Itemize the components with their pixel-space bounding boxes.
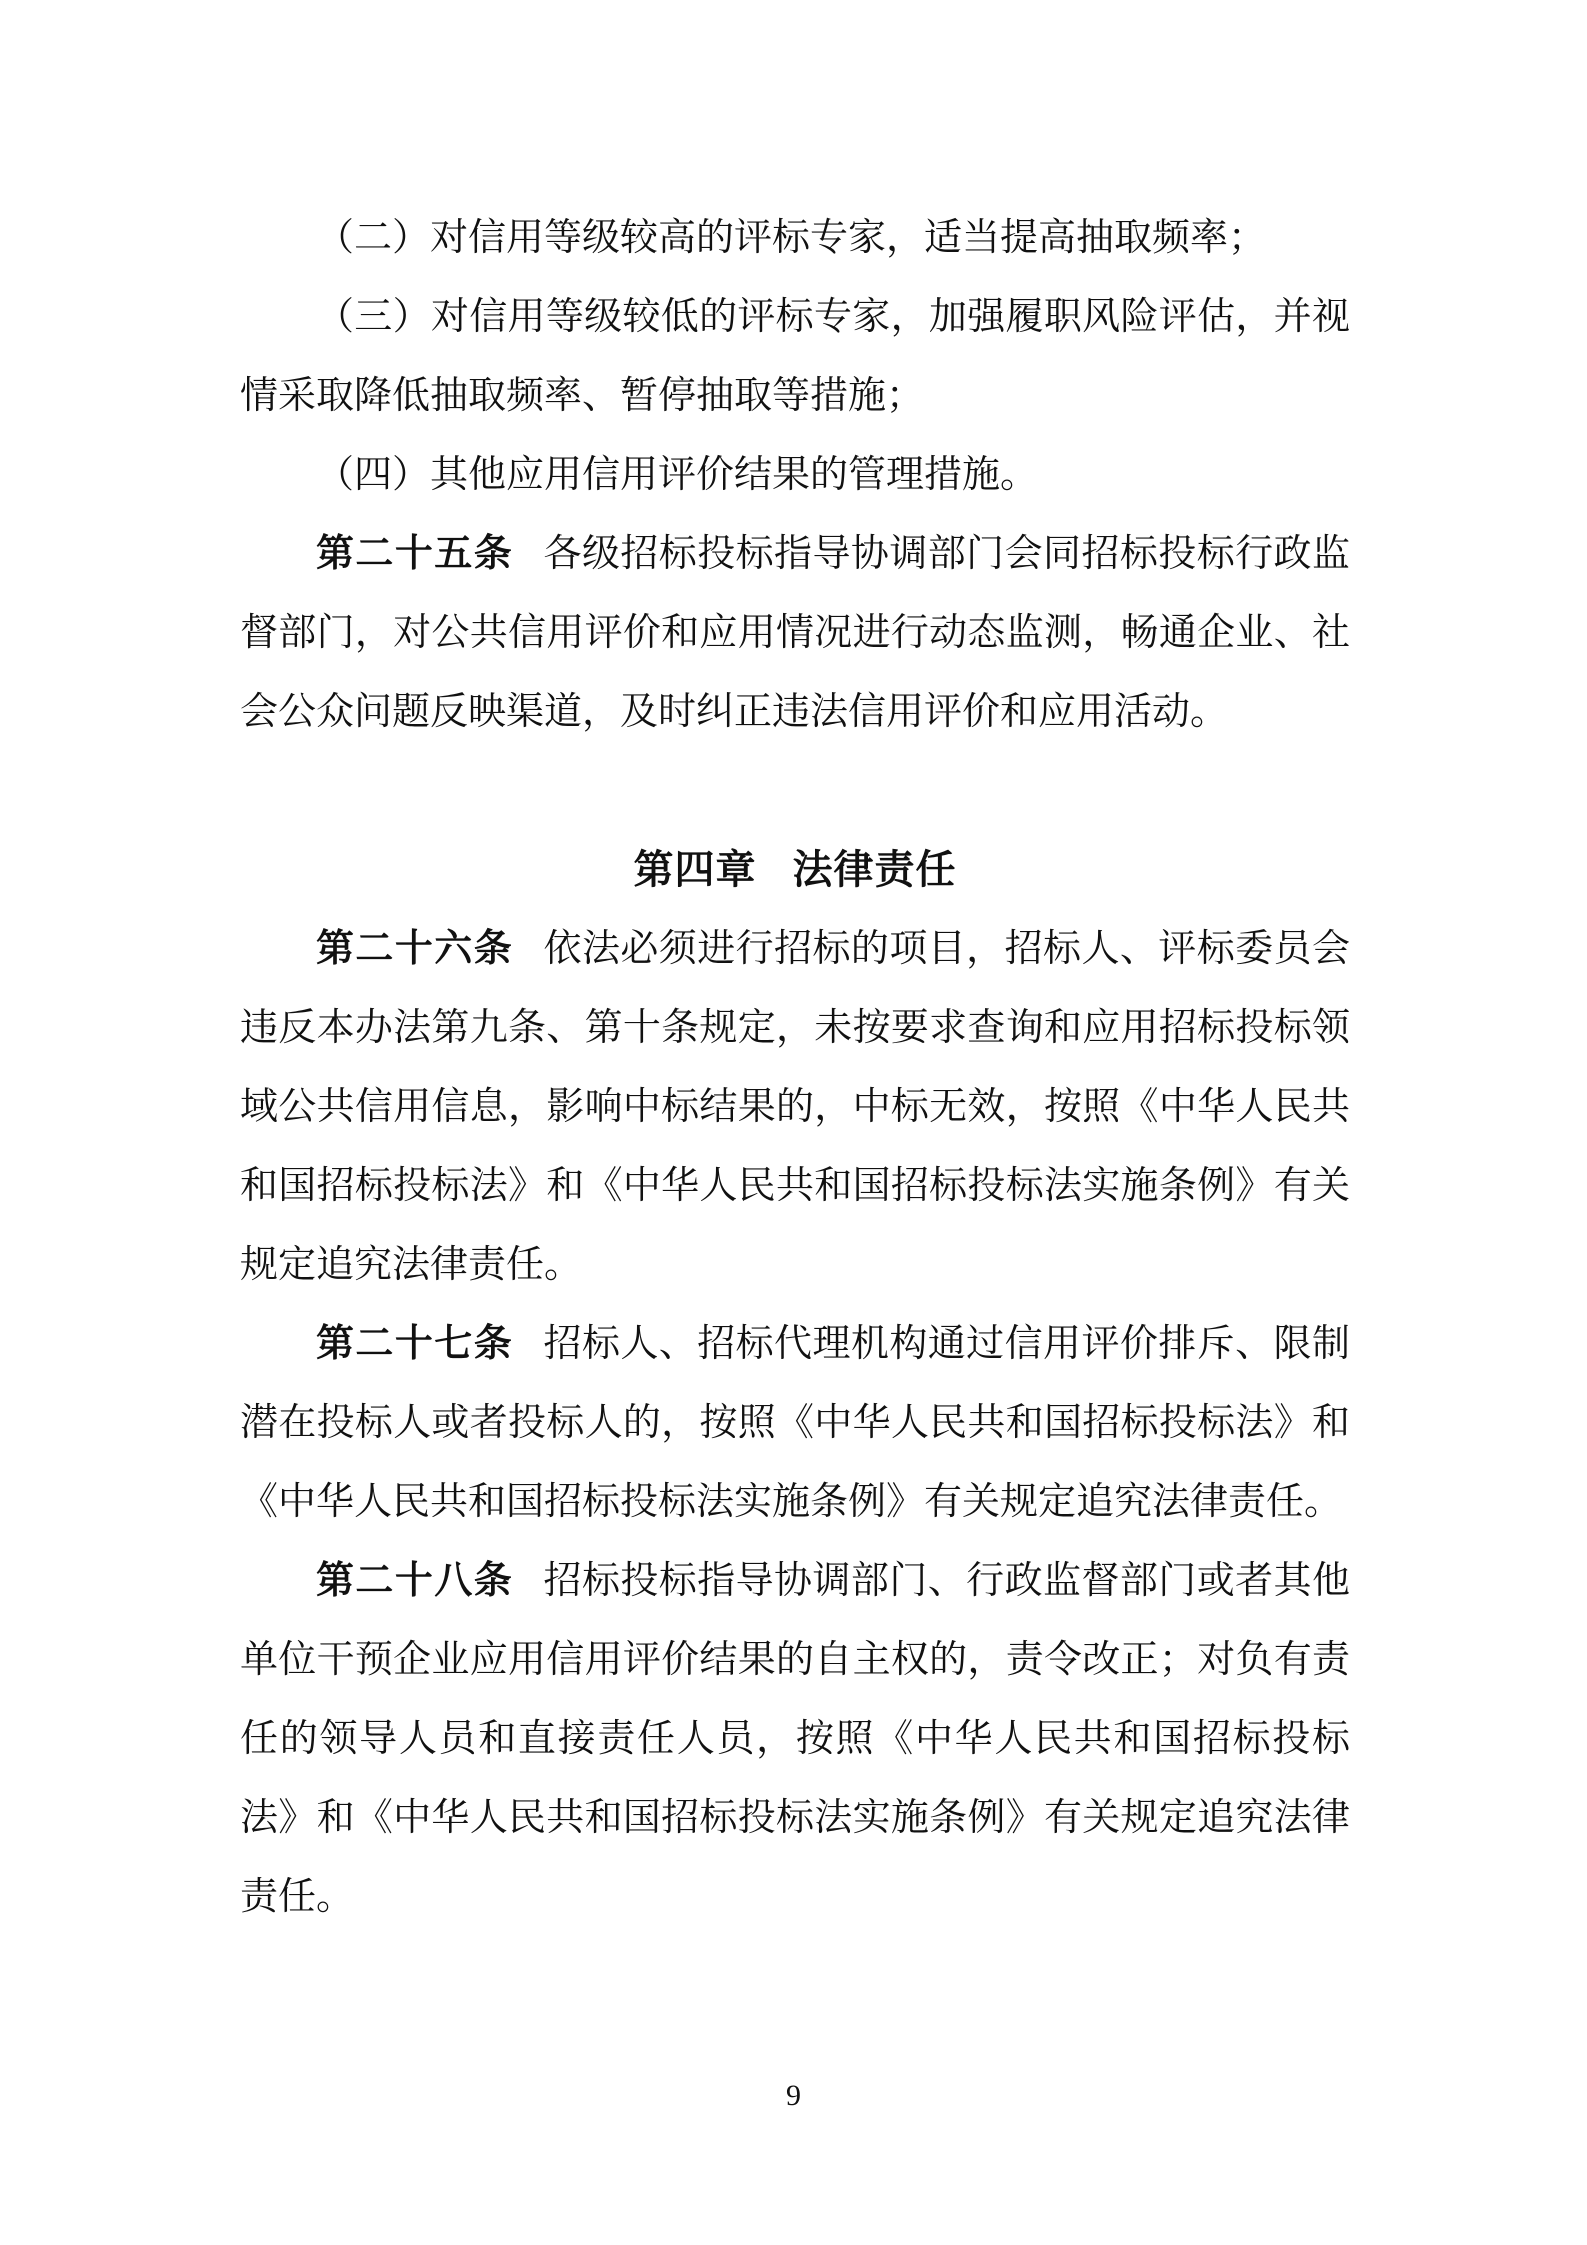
clause-item-4: （四）其他应用信用评价结果的管理措施。: [240, 436, 1350, 515]
clause-item-2-text: （二）对信用等级较高的评标专家，适当提高抽取频率；: [316, 217, 1266, 259]
page-number-value: 9: [786, 2079, 801, 2112]
chapter-number: 第四章: [634, 848, 757, 892]
document-body: （二）对信用等级较高的评标专家，适当提高抽取频率； （三）对信用等级较低的评标专…: [240, 199, 1350, 1937]
article-26-paragraph: 第二十六条依法必须进行招标的项目，招标人、评标委员会违反本办法第九条、第十条规定…: [240, 910, 1350, 1305]
article-26-term: 第二十六条: [316, 928, 513, 970]
article-28-text: 招标投标指导协调部门、行政监督部门或者其他单位干预企业应用信用评价结果的自主权的…: [240, 1560, 1350, 1918]
chapter-heading: 第四章法律责任: [240, 831, 1350, 910]
article-27-term: 第二十七条: [316, 1323, 513, 1365]
article-27-paragraph: 第二十七条招标人、招标代理机构通过信用评价排斥、限制潜在投标人或者投标人的，按照…: [240, 1305, 1350, 1542]
article-28-term: 第二十八条: [316, 1560, 513, 1602]
clause-item-3-text: （三）对信用等级较低的评标专家，加强履职风险评估，并视情采取降低抽取频率、暂停抽…: [240, 296, 1350, 417]
clause-item-4-text: （四）其他应用信用评价结果的管理措施。: [316, 454, 1038, 496]
clause-item-3: （三）对信用等级较低的评标专家，加强履职风险评估，并视情采取降低抽取频率、暂停抽…: [240, 278, 1350, 436]
article-26-text: 依法必须进行招标的项目，招标人、评标委员会违反本办法第九条、第十条规定，未按要求…: [240, 928, 1350, 1286]
page-number: 9: [0, 2076, 1587, 2116]
chapter-title: 法律责任: [793, 848, 957, 892]
article-28-paragraph: 第二十八条招标投标指导协调部门、行政监督部门或者其他单位干预企业应用信用评价结果…: [240, 1542, 1350, 1937]
article-25-paragraph: 第二十五条各级招标投标指导协调部门会同招标投标行政监督部门，对公共信用评价和应用…: [240, 515, 1350, 752]
article-25-term: 第二十五条: [316, 533, 513, 575]
document-page: （二）对信用等级较高的评标专家，适当提高抽取频率； （三）对信用等级较低的评标专…: [0, 0, 1587, 2245]
clause-item-2: （二）对信用等级较高的评标专家，适当提高抽取频率；: [240, 199, 1350, 278]
